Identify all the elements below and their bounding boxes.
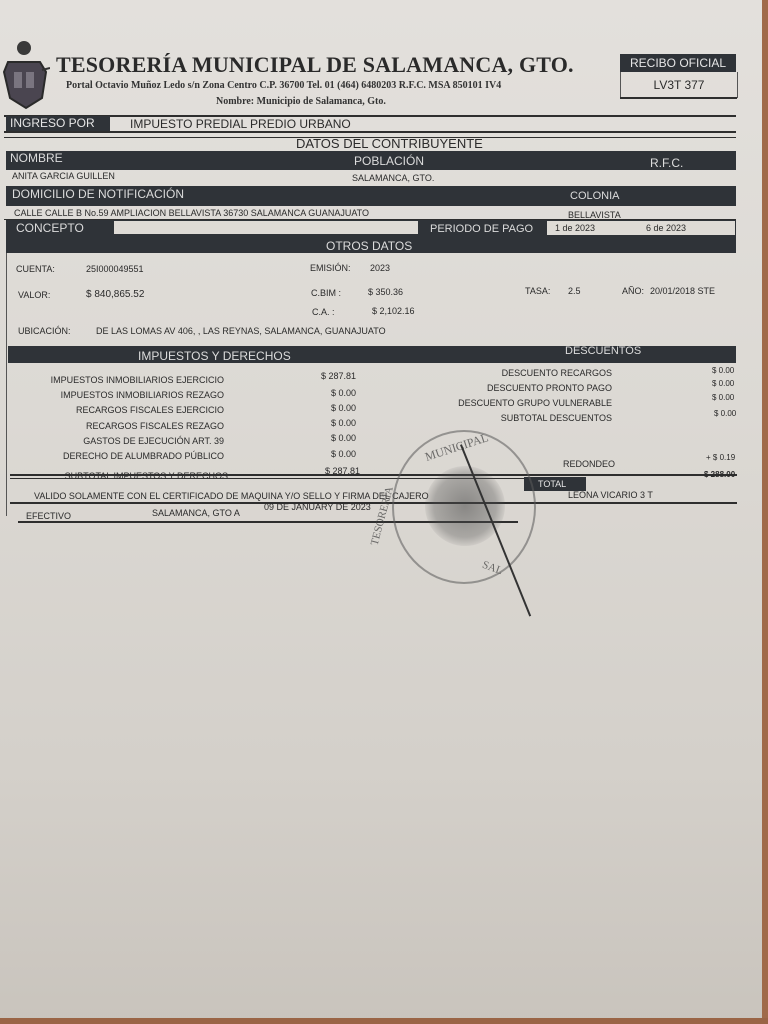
periodo-inicio: 1 de 2023 (555, 223, 595, 233)
cbim-label: C.BIM : (311, 288, 341, 298)
impuesto-label: RECARGOS FISCALES EJERCICIO (20, 405, 224, 415)
treasury-address: Portal Octavio Muñoz Ledo s/n Zona Centr… (66, 80, 501, 91)
descuento-amount: $ 0.00 (712, 379, 734, 388)
impuesto-amount: $ 0.00 (331, 403, 356, 413)
eagle-emblem-icon (425, 466, 505, 546)
treasury-name: Nombre: Municipio de Salamanca, Gto. (216, 96, 386, 107)
valor-label: VALOR: (18, 290, 50, 300)
valor-value: $ 840,865.52 (86, 289, 144, 300)
descuento-label: DESCUENTO RECARGOS (440, 368, 612, 378)
treasury-title: TESORERÍA MUNICIPAL DE SALAMANCA, GTO. (56, 52, 574, 78)
concepto-label: CONCEPTO (16, 221, 84, 235)
nombre-label: NOMBRE (10, 151, 63, 165)
lugar-text: SALAMANCA, GTO A (152, 508, 240, 518)
descuento-label: DESCUENTO PRONTO PAGO (440, 383, 612, 393)
impuesto-label: GASTOS DE EJECUCIÓN ART. 39 (20, 436, 224, 446)
impuesto-amount: $ 0.00 (331, 388, 356, 398)
receipt-document: TESORERÍA MUNICIPAL DE SALAMANCA, GTO. P… (0, 0, 762, 1018)
rfc-label: R.F.C. (650, 156, 683, 170)
descuento-amount: $ 0.00 (712, 366, 734, 375)
redondeo-label: REDONDEO (563, 459, 615, 469)
domicilio-label: DOMICILIO DE NOTIFICACIÓN (12, 187, 184, 201)
descuentos-subtotal-value: $ 0.00 (714, 409, 736, 418)
impuesto-label: RECARGOS FISCALES REZAGO (20, 421, 224, 431)
descuentos-title: DESCUENTOS (565, 345, 641, 357)
forma-pago: EFECTIVO (26, 511, 71, 521)
periodo-fin: 6 de 2023 (646, 223, 686, 233)
coat-of-arms-icon (2, 38, 50, 112)
concepto-field (114, 221, 418, 234)
ubicacion-value: DE LAS LOMAS AV 406, , LAS REYNAS, SALAM… (96, 326, 386, 336)
impuesto-amount: $ 0.00 (331, 418, 356, 428)
periodo-label: PERIODO DE PAGO (430, 223, 533, 235)
impuesto-amount: $ 0.00 (331, 449, 356, 459)
tasa-value: 2.5 (568, 286, 581, 296)
descuentos-subtotal-label: SUBTOTAL DESCUENTOS (440, 413, 612, 423)
ingreso-label: INGRESO POR (6, 116, 110, 131)
impuestos-title: IMPUESTOS Y DERECHOS (138, 349, 291, 363)
contribuyente-section-title: DATOS DEL CONTRIBUYENTE (296, 136, 483, 151)
emision-label: EMISIÓN: (310, 263, 351, 273)
total-value: $ 288.00 (704, 470, 735, 479)
impuesto-label: IMPUESTOS INMOBILIARIOS REZAGO (20, 390, 224, 400)
fecha-text: 09 DE JANUARY DE 2023 (264, 502, 371, 512)
colonia-label: COLONIA (570, 190, 620, 202)
domicilio-value: CALLE CALLE B No.59 AMPLIACION BELLAVIST… (14, 208, 369, 218)
impuesto-label: IMPUESTOS INMOBILIARIOS EJERCICIO (20, 375, 224, 385)
tasa-label: TASA: (525, 286, 550, 296)
receipt-number: LV3T 377 (620, 72, 738, 98)
impuesto-amount: $ 287.81 (321, 371, 356, 381)
ubicacion-label: UBICACIÓN: (18, 326, 71, 336)
impuestos-subtotal-label: SUBTOTAL IMPUESTOS Y DERECHOS (20, 471, 228, 481)
table-edge-right (762, 0, 768, 1024)
descuento-label: DESCUENTO GRUPO VULNERABLE (440, 398, 612, 408)
cbim-value: $ 350.36 (368, 287, 403, 297)
cuenta-label: CUENTA: (16, 264, 55, 274)
emision-value: 2023 (370, 263, 390, 273)
impuesto-label: DERECHO DE ALUMBRADO PÚBLICO (20, 451, 224, 461)
validez-text: VALIDO SOLAMENTE CON EL CERTIFICADO DE M… (34, 491, 429, 501)
ingreso-value: IMPUESTO PREDIAL PREDIO URBANO (130, 117, 351, 131)
otros-datos-title: OTROS DATOS (326, 239, 412, 253)
caja-value: LEONA VICARIO 3 T (568, 490, 653, 500)
nombre-value: ANITA GARCIA GUILLEN (12, 171, 115, 181)
table-edge-bottom (0, 1018, 768, 1024)
receipt-label: RECIBO OFICIAL (620, 54, 736, 72)
redondeo-value: + $ 0.19 (706, 453, 735, 462)
poblacion-label: POBLACIÓN (354, 154, 424, 168)
poblacion-value: SALAMANCA, GTO. (352, 173, 434, 183)
impuesto-amount: $ 0.00 (331, 433, 356, 443)
ca-value: $ 2,102.16 (372, 306, 415, 316)
descuento-amount: $ 0.00 (712, 393, 734, 402)
anio-value: 20/01/2018 STE (650, 286, 715, 296)
cuenta-value: 25I000049551 (86, 264, 144, 274)
anio-label: AÑO: (622, 286, 644, 296)
ca-label: C.A. : (312, 307, 335, 317)
